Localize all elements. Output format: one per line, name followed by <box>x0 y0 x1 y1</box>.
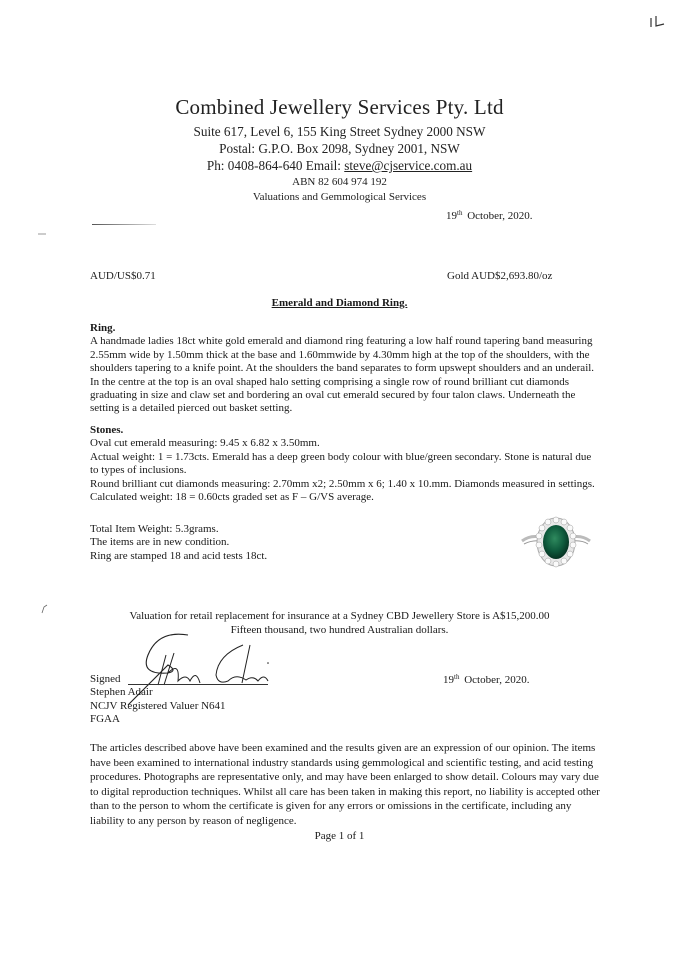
page-number: Page 1 of 1 <box>0 830 679 842</box>
phone-label: Ph: 0408-864-640 Email: <box>207 158 344 173</box>
item-title: Emerald and Diamond Ring. <box>0 297 679 309</box>
margin-pen-mark <box>40 603 50 615</box>
report-date: 19th October, 2020. <box>446 209 532 222</box>
stone-line: Round brilliant cut diamonds measuring: … <box>90 478 600 491</box>
company-contact: Ph: 0408-864-640 Email: steve@cjservice.… <box>0 158 679 174</box>
ring-section: Ring. A handmade ladies 18ct white gold … <box>90 322 600 416</box>
stone-line: Actual weight: 1 = 1.73cts. Emerald has … <box>90 451 600 478</box>
stones-heading: Stones. <box>90 424 600 437</box>
signed-label: Signed <box>90 673 226 686</box>
date-day: 19 <box>443 674 454 686</box>
company-services: Valuations and Gemmological Services <box>0 191 679 203</box>
scan-artifact-mark <box>38 233 46 235</box>
date-day: 19 <box>446 210 457 222</box>
ring-description: A handmade ladies 18ct white gold emeral… <box>90 335 600 415</box>
signatory-credential: FGAA <box>90 713 226 726</box>
company-postal-address: Postal: G.P.O. Box 2098, Sydney 2001, NS… <box>0 141 679 157</box>
company-name: Combined Jewellery Services Pty. Ltd <box>0 95 679 120</box>
stone-line: Oval cut emerald measuring: 9.45 x 6.82 … <box>90 437 600 450</box>
exchange-rate: AUD/US$0.71 <box>90 270 156 282</box>
stones-section: Stones. Oval cut emerald measuring: 9.45… <box>90 424 600 504</box>
date-suffix: th <box>454 673 459 681</box>
valuation-statement: Valuation for retail replacement for ins… <box>0 610 679 637</box>
signature-date: 19th October, 2020. <box>443 673 529 686</box>
signatory-registration: NCJV Registered Valuer N641 <box>90 700 226 713</box>
company-address: Suite 617, Level 6, 155 King Street Sydn… <box>0 124 679 140</box>
scan-artifact-line <box>92 224 156 225</box>
signatory-name: Stephen Adair <box>90 686 226 699</box>
signatory-block: Signed Stephen Adair NCJV Registered Val… <box>90 673 226 727</box>
valuation-amount: Valuation for retail replacement for ins… <box>0 610 679 624</box>
email-link[interactable]: steve@cjservice.com.au <box>344 158 472 173</box>
handwritten-page-mark <box>648 14 668 30</box>
ring-heading: Ring. <box>90 322 600 335</box>
date-suffix: th <box>457 209 462 217</box>
valuation-words: Fifteen thousand, two hundred Australian… <box>0 624 679 638</box>
date-rest: October, 2020. <box>461 674 529 686</box>
disclaimer: The articles described above have been e… <box>90 741 600 828</box>
company-abn: ABN 82 604 974 192 <box>0 176 679 188</box>
ring-photo <box>520 513 592 571</box>
date-rest: October, 2020. <box>464 210 532 222</box>
stone-line: Calculated weight: 18 = 0.60cts graded s… <box>90 491 600 504</box>
gold-price: Gold AUD$2,693.80/oz <box>447 270 552 282</box>
